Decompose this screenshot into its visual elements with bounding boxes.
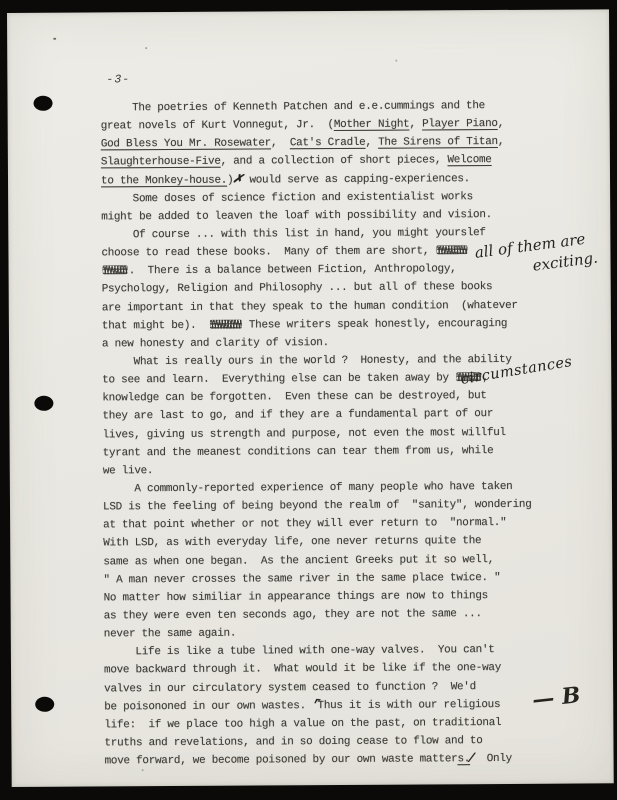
typed-text: Of course ... with this list in hand, yo…	[101, 227, 485, 241]
handwritten-mark: ✗	[232, 173, 244, 184]
typed-text: lives, giving us strength and purpose, n…	[103, 426, 506, 440]
typed-text: . There is a balance between Fiction, An…	[129, 264, 457, 278]
typed-text: are important in that they speak to the …	[102, 299, 518, 314]
typed-text: A commonly-reported experience of many p…	[103, 481, 513, 496]
underlined-title: Slaughterhouse-Five	[101, 156, 221, 169]
underlined-title: The Sirens of Titan	[378, 136, 498, 149]
typed-text: What is really ours in the world ? Hones…	[102, 354, 512, 369]
typed-text: to see and learn. Everything else can be…	[102, 372, 455, 386]
underlined-title: to the Monkey-house.	[101, 174, 227, 187]
margin-note-b: — B	[531, 682, 582, 713]
underlined-title: Cat's Cradle	[290, 137, 366, 149]
typewriter-text: The poetries of Kenneth Patchen and e.e.…	[101, 97, 565, 771]
typed-text: might be added to leaven the loaf with p…	[101, 209, 492, 223]
typed-text: as they were even ten seconds ago, they …	[104, 608, 482, 622]
typed-text: life: if we place too high a value on th…	[104, 717, 501, 731]
typed-text: valves in our circulatory system ceased …	[104, 681, 476, 695]
typed-text: Thus it is with our religious	[317, 699, 500, 712]
typed-text: With LSD, as with everyday life, one nev…	[103, 535, 481, 549]
typed-text: they are last to go, and if they are a f…	[102, 408, 493, 422]
punch-hole-bottom	[35, 697, 54, 712]
text-line: life: if we place too high a value on th…	[104, 713, 564, 734]
paper-speck	[395, 60, 397, 62]
typed-text: Life is like a tube lined with one-way v…	[104, 644, 495, 658]
typed-text: ,	[498, 136, 504, 148]
text-line: move backward through it. What would it …	[104, 659, 564, 680]
typed-text: ,	[409, 119, 422, 131]
typed-text: Only	[474, 753, 512, 765]
typed-text: a new honesty and clarity of vision.	[102, 337, 329, 350]
typed-text: same as when one began. As the ancient G…	[103, 554, 494, 568]
paper-speck	[145, 47, 147, 49]
punch-hole-top	[34, 96, 53, 111]
scribbled-out-word	[210, 319, 242, 328]
typed-text: Some doses of science fiction and existe…	[101, 191, 473, 205]
typed-text: we live.	[103, 465, 153, 477]
underlined-title: Welcome	[447, 154, 491, 166]
typed-text: The poetries of Kenneth Patchen and e.e.…	[101, 100, 485, 114]
text-line: God Bless You Mr. Rosewater, Cat's Cradl…	[101, 133, 561, 154]
typed-text: tyrant and the meanest conditions can te…	[103, 445, 494, 459]
typed-text: would serve as capping-experiences.	[243, 173, 470, 186]
text-line: are important in that they speak to the …	[102, 296, 562, 317]
paper-speck	[53, 38, 56, 40]
typed-text: at that point whether or not they will e…	[103, 517, 506, 531]
punch-hole-middle	[34, 396, 53, 411]
typed-text: choose to read these books. Many of them…	[101, 246, 435, 260]
page-number: -3-	[106, 73, 130, 86]
paper-sheet: -3- The poetries of Kenneth Patchen and …	[7, 9, 614, 787]
underlined-title: God Bless You Mr. Rosewater	[101, 138, 271, 151]
typed-text: great novels of Kurt Vonnegut, Jr. (	[101, 119, 334, 132]
typed-text: truths and revelations, and in so doing …	[104, 735, 482, 749]
typed-text: never the same again.	[104, 628, 236, 641]
text-line: " A man never crosses the same river in …	[103, 568, 563, 589]
typed-text: , and a collection of short pieces,	[221, 155, 448, 168]
text-line: move forward, we become poisoned by our …	[105, 750, 565, 771]
typed-text: move backward through it. What would it …	[104, 662, 501, 676]
text-line: at that point whether or not they will e…	[103, 514, 563, 535]
typed-text: that might be).	[102, 319, 209, 332]
scribbled-out-word	[436, 245, 468, 254]
typed-text: ,	[271, 138, 290, 150]
scribbled-out-word	[103, 266, 128, 275]
typed-text: be poisononed in our own wastes.	[104, 700, 312, 713]
typed-text: LSD is the feeling of being beyond the r…	[103, 499, 532, 514]
underlined-title: Player Piano	[422, 118, 498, 130]
typed-text: ,	[365, 137, 378, 149]
typed-text: " A man never crosses the same river in …	[103, 572, 500, 586]
typed-text: No matter how similiar in appearance thi…	[104, 590, 488, 604]
text-line: lives, giving us strength and purpose, n…	[103, 423, 563, 444]
typed-text: move forward, we become poisoned by our …	[105, 753, 458, 767]
typed-text: ,	[498, 118, 504, 130]
typed-text: knowledge can be forgotten. Even these c…	[102, 390, 486, 404]
underlined-title: Mother Night	[334, 119, 410, 131]
text-line: that might be). These writers speak hone…	[102, 314, 562, 335]
typed-text: Psychology, Religion and Philosophy ... …	[102, 281, 493, 295]
scanned-page-background: -3- The poetries of Kenneth Patchen and …	[0, 0, 617, 800]
typed-text: These writers speak honestly, encouragin…	[243, 318, 508, 332]
